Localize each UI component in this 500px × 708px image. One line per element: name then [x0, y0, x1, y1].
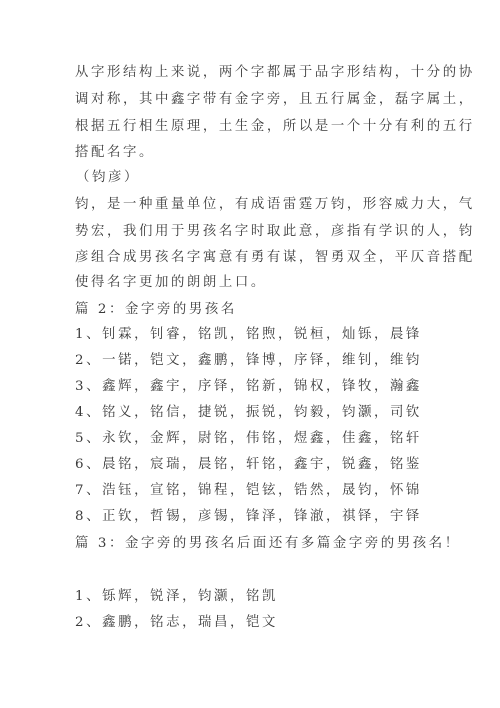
- section3-title: 篇 3：金字旁的男孩名后面还有多篇金字旁的男孩名！: [75, 535, 461, 553]
- section2-list-item: 4、铭义，铭信，捷锐，振锐，钧毅，钧灏，司钦: [75, 404, 422, 422]
- section2-list-item: 8、正钦，哲锡，彦锡，锋泽，锋澈，祺铎，宇铎: [75, 508, 422, 526]
- section2-list-item: 5、永钦，金辉，尉铭，伟铭，煜鑫，佳鑫，铭轩: [75, 430, 422, 448]
- section2-list-item: 3、鑫辉，鑫宇，序铎，铭新，锦权，锋牧，瀚鑫: [75, 378, 422, 396]
- section2-list-item: 7、浩钰，宣铭，锦程，铠铉，锆然，晟钧，怀锦: [75, 482, 422, 500]
- document-page: 从字形结构上来说，两个字都属于品字形结构，十分的协 调对称，其中鑫字带有金字旁，…: [0, 0, 500, 708]
- intro-line: 根据五行相生原理，土生金，所以是一个十分有利的五行: [75, 118, 475, 136]
- name-paragraph-line: 势宏，我们用于男孩名字时取此意，彦指有学识的人，钧: [75, 223, 475, 241]
- intro-line: 调对称，其中鑫字带有金字旁，且五行属金，磊字属土，: [75, 91, 475, 109]
- name-heading: （钧彦）: [76, 169, 140, 187]
- intro-line: 从字形结构上来说，两个字都属于品字形结构，十分的协: [75, 64, 475, 82]
- section2-list-item: 6、晨铭，宸瑞，晨铭，轩铭，鑫宇，锐鑫，铭鉴: [75, 456, 422, 474]
- name-paragraph-line: 彦组合成男孩名字寓意有勇有谋，智勇双全，平仄音搭配: [75, 249, 475, 267]
- name-paragraph-line: 钧，是一种重量单位，有成语雷霆万钧，形容威力大，气: [75, 196, 475, 214]
- name-paragraph-line: 使得名字更加的朗朗上口。: [75, 274, 267, 292]
- section3-list-item: 1、铄辉，锐泽，钧灏，铭凯: [75, 588, 278, 606]
- section2-title: 篇 2：金字旁的男孩名: [75, 301, 237, 319]
- section2-list-item: 2、一锘，铠文，鑫鹏，锋博，序铎，维钊，维钧: [75, 352, 422, 370]
- section2-list-item: 1、钊霖，钊睿，铭凯，铭煦，锐桓，灿铄，晨锋: [75, 326, 422, 344]
- section3-list-item: 2、鑫鹏，铭志，瑞昌，铠文: [75, 614, 278, 632]
- intro-line: 搭配名字。: [75, 144, 155, 162]
